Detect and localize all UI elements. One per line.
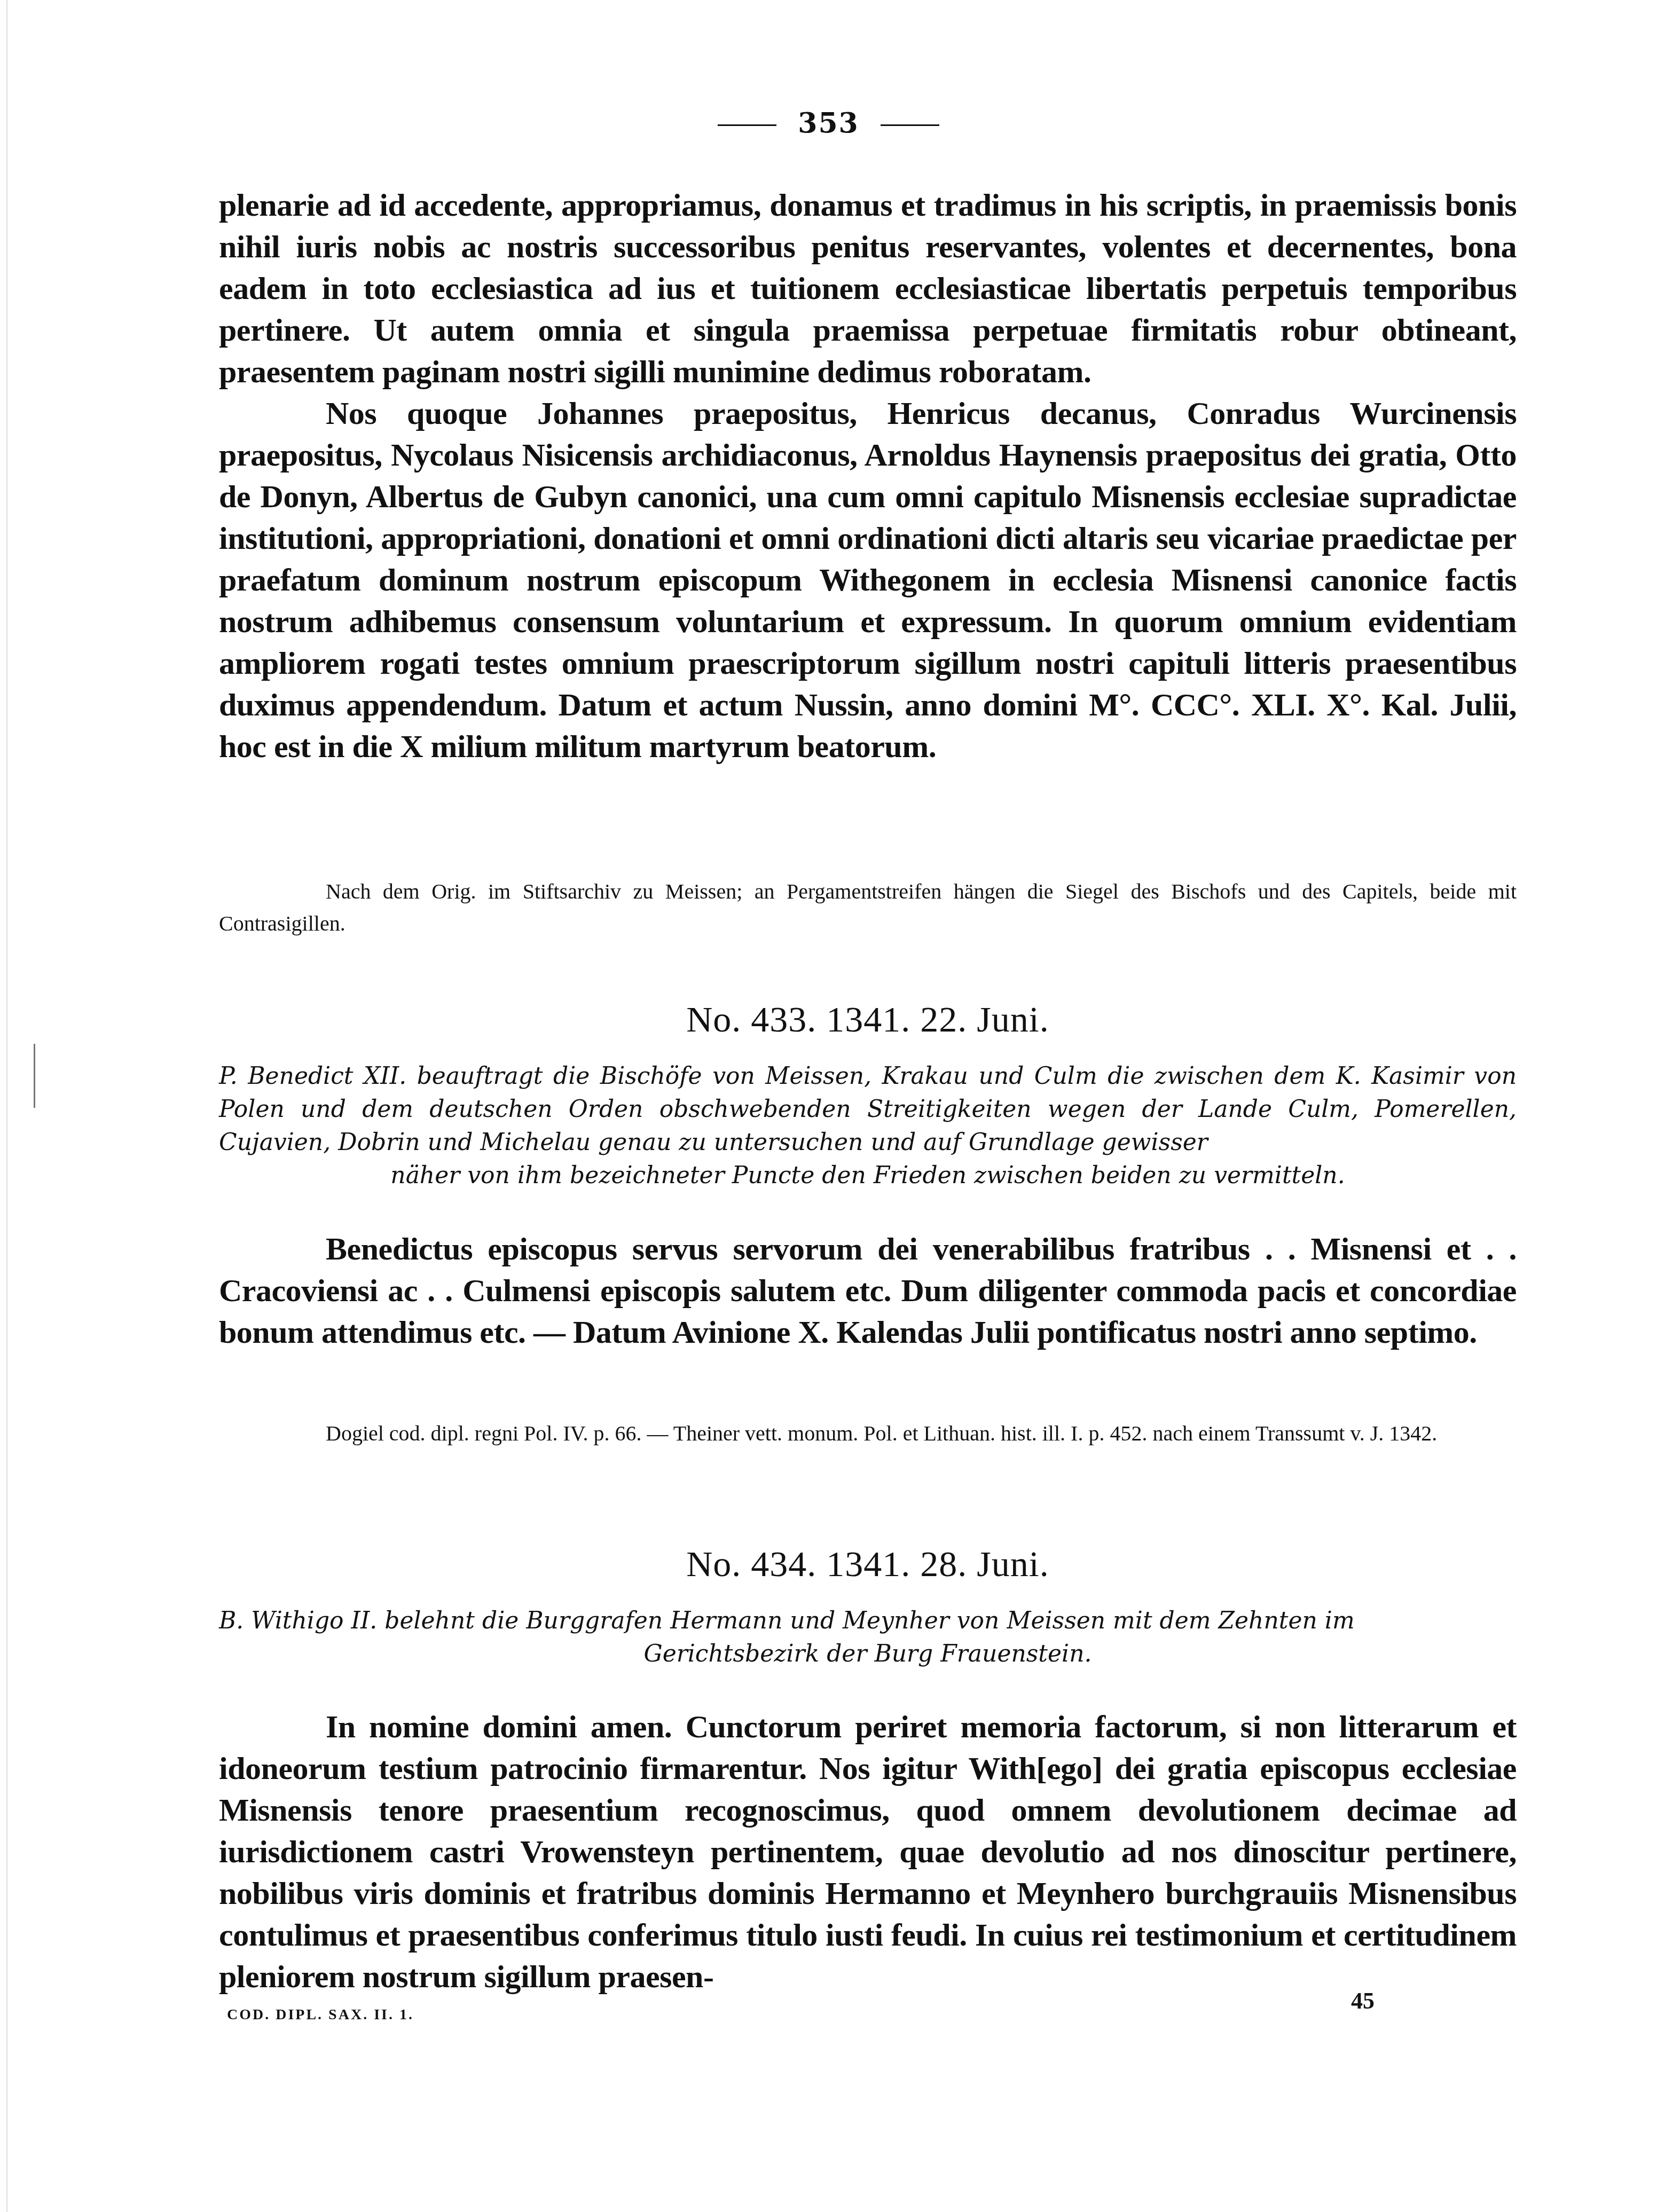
continuation-paragraph-2: Nos quoque Johannes praepositus, Henricu… [219,392,1517,767]
regest-main: B. Withigo II. belehnt die Burggrafen He… [219,1607,1355,1634]
continuation-paragraph-1: plenarie ad id accedente, appropriamus, … [219,184,1517,392]
entry-434-title: No. 434. 1341. 28. Juni. [219,1543,1517,1585]
page-header: 353 [0,107,1657,139]
regest-last-line: Gerichtsbezirk der Burg Frauenstein. [219,1638,1517,1671]
entry-433-note: Dogiel cod. dipl. regni Pol. IV. p. 66. … [219,1418,1517,1450]
regest-main: P. Benedict XII. beauftragt die Bischöfe… [219,1062,1517,1156]
entry-433-paragraph: Benedictus episcopus servus servorum dei… [219,1228,1517,1353]
entry-434-regest: B. Withigo II. belehnt die Burggrafen He… [219,1604,1517,1671]
source-note: Nach dem Orig. im Stiftsarchiv zu Meisse… [219,876,1517,940]
continuation-text: plenarie ad id accedente, appropriamus, … [219,184,1517,767]
entry-434-text: In nomine domini amen. Cunctorum periret… [219,1706,1517,1997]
header-dash-left [718,124,776,126]
document-page: 353 plenarie ad id accedente, appropriam… [0,0,1657,2212]
sheet-number: 45 [1351,1987,1375,2014]
regest-last-line: näher von ihm bezeichneter Puncte den Fr… [219,1159,1517,1192]
continuation-note: Nach dem Orig. im Stiftsarchiv zu Meisse… [219,876,1517,940]
entry-433-title: No. 433. 1341. 22. Juni. [219,998,1517,1041]
entry-433-text: Benedictus episcopus servus servorum dei… [219,1228,1517,1353]
entry-434-paragraph: In nomine domini amen. Cunctorum periret… [219,1706,1517,1997]
page-number: 353 [798,107,859,139]
entry-433-source-note: Dogiel cod. dipl. regni Pol. IV. p. 66. … [219,1418,1517,1450]
scan-edge-left [6,0,7,2212]
header-dash-right [881,124,939,126]
entry-433-regest: P. Benedict XII. beauftragt die Bischöfe… [219,1060,1517,1192]
printer-signature: COD. DIPL. SAX. II. 1. [227,2006,414,2024]
margin-mark [34,1044,35,1108]
